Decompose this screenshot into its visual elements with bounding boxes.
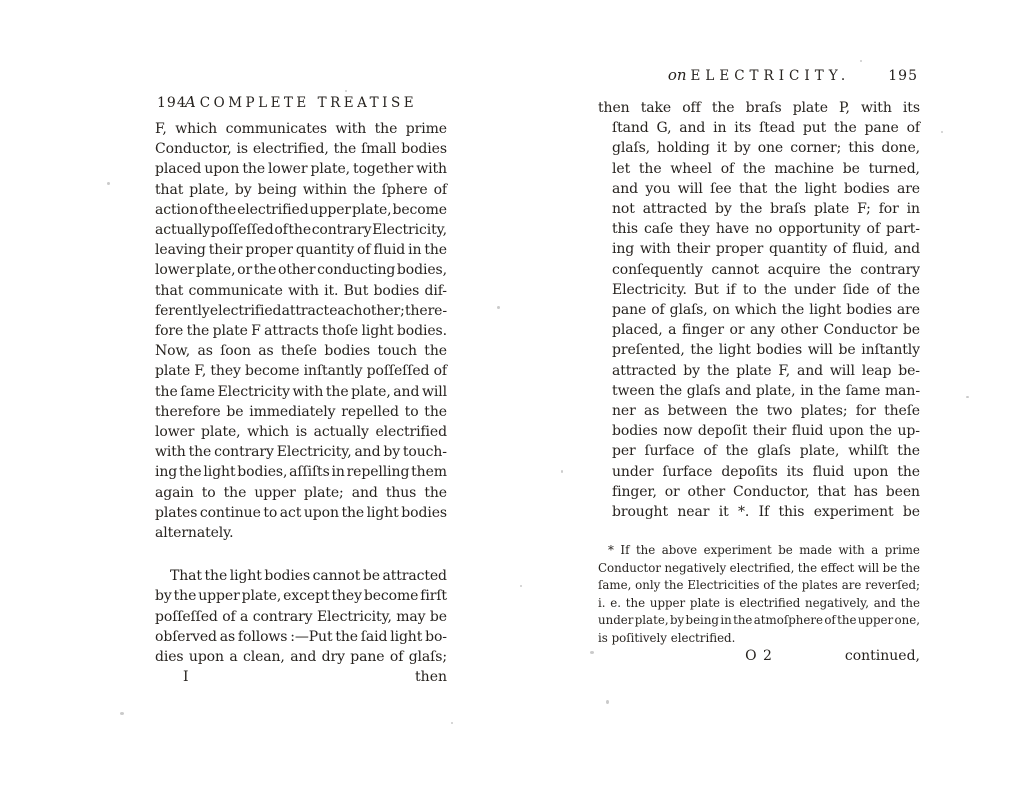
- text-line: actionoftheelectrifiedupperplate,become: [155, 200, 447, 220]
- text-line: perſurfaceoftheglaſsplate,whilſtthe: [612, 441, 920, 461]
- text-line: attractedbytheplateF,andwillleapbe-: [612, 361, 920, 381]
- scan-speck: [497, 306, 500, 309]
- text-line: actuallypoſſeſſedofthecontraryElectricit…: [155, 220, 447, 240]
- page-left-paragraph-1: F,whichcommunicateswiththeprimeConductor…: [155, 119, 447, 543]
- text-line: ingwiththeirproperquantityoffluid,and: [612, 239, 920, 259]
- text-line: foretheplateFattractsthoſelightbodies.: [155, 321, 447, 341]
- scan-speck: [120, 712, 124, 715]
- text-line: lowerplate,whichisactuallyelectrified: [155, 422, 447, 442]
- text-line: lowerplate,ortheotherconductingbodies,: [155, 260, 447, 280]
- scan-speck: [561, 470, 563, 473]
- text-line: i.e.theupperplateiselectrifiednegatively…: [598, 595, 920, 613]
- text-line: andyouwillſeethatthelightbodiesare: [612, 179, 920, 199]
- text-line: underplate,bybeingintheatmoſphereoftheup…: [598, 612, 920, 630]
- text-line: thereforebeimmediatelyrepelledtothe: [155, 402, 447, 422]
- text-line: glaſs,holdingitbyonecorner;thisdone,: [612, 138, 920, 158]
- text-line: placeduponthelowerplate,togetherwith: [155, 159, 447, 179]
- text-line: Conductornegativelyelectrified,theeffect…: [598, 560, 920, 578]
- text-line: theſameElectricitywiththeplate,andwill: [155, 382, 447, 402]
- text-line: Now,asſoonastheſebodiestouchthe: [155, 341, 447, 361]
- text-line: againtotheupperplate;andthusthe: [155, 483, 447, 503]
- text-line: poſſeſſedofacontraryElectricity,maybe: [155, 607, 447, 627]
- page-right-running-title: onELECTRICITY.: [598, 66, 920, 84]
- text-line: ſtandG,andinitsſteadputthepaneof: [612, 118, 920, 138]
- text-line: Thatthelightbodiescannotbeattracted: [155, 566, 447, 586]
- text-line: bodiesnowdepoſittheirfluidupontheup-: [612, 421, 920, 441]
- text-line: plateF,theybecomeinſtantlypoſſeſſedof: [155, 361, 447, 381]
- text-line: thentakeoffthebraſsplateP,withits: [598, 98, 920, 118]
- scan-speck: [860, 60, 862, 62]
- page-right-foot: O 2 continued,: [598, 648, 920, 664]
- page-right-paragraph: thentakeoffthebraſsplateP,withitsſtandG,…: [612, 98, 920, 522]
- text-line: ingthelightbodies,aſſiſtsinrepellingthem: [155, 462, 447, 482]
- book-scan: 194 ACOMPLETE TREATISE F,whichcommunicat…: [0, 0, 1024, 791]
- page-left-foot: I then: [155, 669, 447, 685]
- page-right-footnote: *IftheaboveexperimentbemadewithaprimeCon…: [598, 542, 920, 647]
- scan-speck: [345, 90, 347, 92]
- text-line: thatplate,bybeingwithintheſphereof: [155, 180, 447, 200]
- text-line: Conductor,iselectrified,theſmallbodies: [155, 139, 447, 159]
- text-line: placed,afingeroranyotherConductorbe: [612, 320, 920, 340]
- text-line: broughtnearit*.Ifthisexperimentbe: [612, 502, 920, 522]
- text-line: ferentlyelectrifiedattracteachother;ther…: [155, 301, 447, 321]
- page-left: 194 ACOMPLETE TREATISE F,whichcommunicat…: [155, 93, 447, 685]
- signature-mark-right: O 2: [745, 648, 773, 664]
- scan-speck: [520, 585, 522, 587]
- text-line: leavingtheirproperquantityoffluidinthe: [155, 240, 447, 260]
- text-line: preſented,thelightbodieswillbeinſtantly: [612, 340, 920, 360]
- text-line: letthewheelofthemachinebeturned,: [612, 159, 920, 179]
- text-line: ſame,onlytheElectricitiesoftheplatesarer…: [598, 577, 920, 595]
- text-line: nerasbetweenthetwoplates;fortheſe: [612, 401, 920, 421]
- running-title-on-italic: on: [668, 66, 687, 84]
- text-line: tweentheglaſsandplate,intheſameman-: [612, 381, 920, 401]
- text-line: F,whichcommunicateswiththeprime: [155, 119, 447, 139]
- text-line: thatcommunicatewithit.Butbodiesdif-: [155, 281, 447, 301]
- catchword-left: then: [190, 669, 447, 685]
- text-line: Electricity.Butiftotheunderſideofthe: [612, 280, 920, 300]
- text-line: conſequentlycannotacquirethecontrary: [612, 260, 920, 280]
- scan-speck: [606, 700, 609, 704]
- scan-speck: [590, 651, 594, 654]
- page-right-running-head: onELECTRICITY. 195: [598, 66, 920, 98]
- running-title-article-italic: A: [185, 93, 196, 111]
- text-line: *Iftheaboveexperimentbemadewithaprime: [598, 542, 920, 560]
- page-left-running-title: ACOMPLETE TREATISE: [155, 93, 447, 111]
- text-line: is poſitively electrified.: [598, 630, 920, 648]
- scan-speck: [966, 396, 969, 398]
- text-line: paneofglaſs,onwhichthelightbodiesare: [612, 300, 920, 320]
- text-line: finger,orotherConductor,thathasbeen: [612, 482, 920, 502]
- scan-speck: [451, 722, 453, 724]
- text-line: notattractedbythebraſsplateF;forin: [612, 199, 920, 219]
- running-title-caps: COMPLETE TREATISE: [200, 95, 417, 111]
- page-right-number: 195: [888, 68, 918, 84]
- text-line: thiscaſetheyhavenoopportunityofpart-: [612, 219, 920, 239]
- text-line: diesuponaclean,anddrypaneofglaſs;: [155, 647, 447, 667]
- text-line: platescontinuetoactuponthelightbodies: [155, 503, 447, 523]
- page-left-paragraph-2: Thatthelightbodiescannotbeattractedbythe…: [155, 566, 447, 667]
- text-line: withthecontraryElectricity,andbytouch-: [155, 442, 447, 462]
- catchword-right: continued,: [773, 648, 920, 664]
- text-line: bytheupperplate,excepttheybecomefirſt: [155, 586, 447, 606]
- text-line: alternately.: [155, 523, 447, 543]
- scan-speck: [107, 182, 110, 185]
- running-title-caps: ELECTRICITY.: [691, 68, 851, 84]
- scan-speck: [941, 131, 943, 133]
- page-right: onELECTRICITY. 195 thentakeoffthebraſspl…: [598, 66, 920, 664]
- page-left-running-head: 194 ACOMPLETE TREATISE: [155, 93, 447, 119]
- text-line: obſervedasfollows:—Puttheſaidlightbo-: [155, 627, 447, 647]
- text-line: underſurfacedepoſitsitsfluiduponthe: [612, 462, 920, 482]
